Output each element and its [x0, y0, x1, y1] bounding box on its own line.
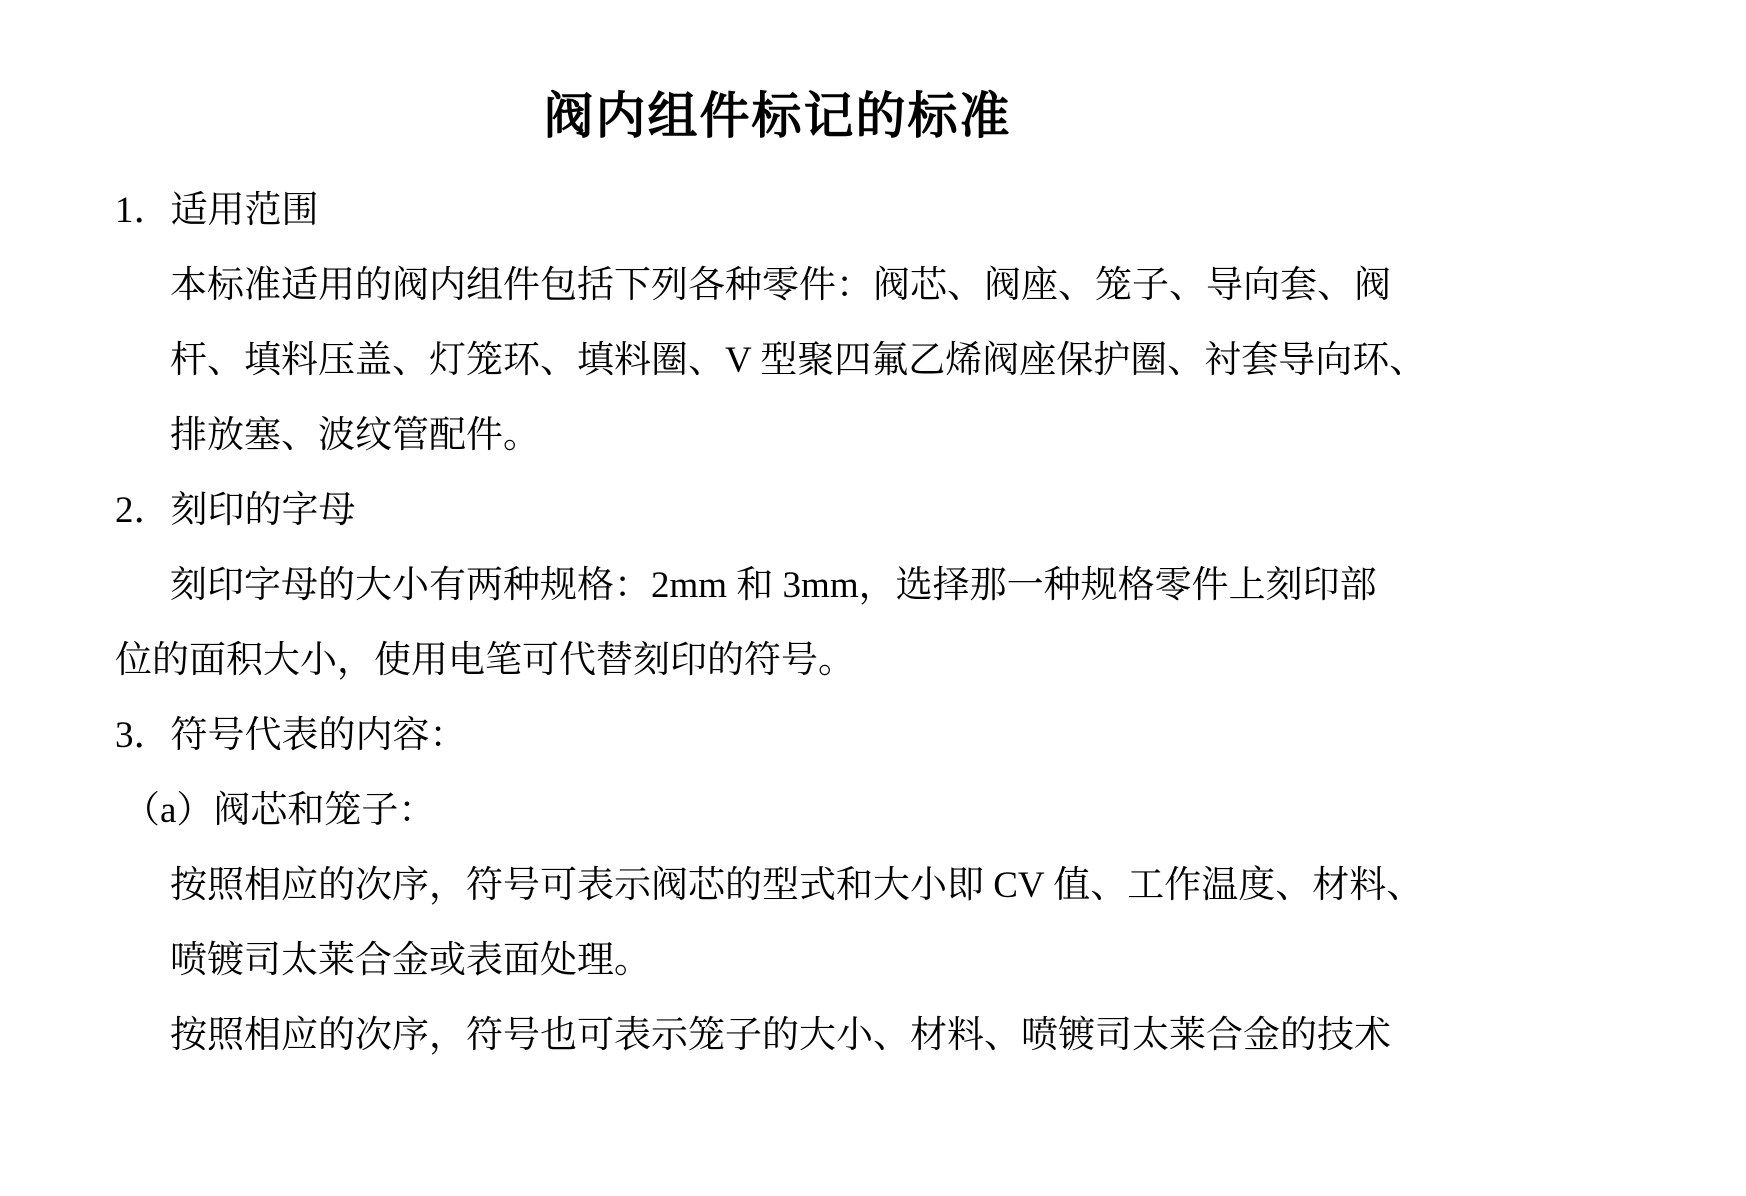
document-page: 阀内组件标记的标准 1．适用范围 本标准适用的阀内组件包括下列各种零件：阀芯、阀…: [0, 0, 1746, 1196]
section-3-paragraph-2-line: 按照相应的次序，符号也可表示笼子的大小、材料、喷镀司太莱合金的技术: [115, 998, 1440, 1073]
section-3-subheading: （a）阀芯和笼子：: [115, 773, 1440, 848]
section-1-paragraph-line: 本标准适用的阀内组件包括下列各种零件：阀芯、阀座、笼子、导向套、阀: [115, 248, 1440, 323]
section-2-heading: 2．刻印的字母: [115, 473, 1440, 548]
section-3-paragraph-1-line: 按照相应的次序，符号可表示阀芯的型式和大小即 CV 值、工作温度、材料、: [115, 848, 1440, 923]
document-title: 阀内组件标记的标准: [115, 80, 1440, 152]
document-content: 阀内组件标记的标准 1．适用范围 本标准适用的阀内组件包括下列各种零件：阀芯、阀…: [115, 0, 1440, 1073]
section-2-paragraph-line: 位的面积大小，使用电笔可代替刻印的符号。: [115, 623, 1440, 698]
section-3-paragraph-1-line: 喷镀司太莱合金或表面处理。: [115, 923, 1440, 998]
section-3-heading: 3．符号代表的内容：: [115, 698, 1440, 773]
section-1-heading: 1．适用范围: [115, 173, 1440, 248]
section-2-paragraph-line: 刻印字母的大小有两种规格：2mm 和 3mm，选择那一种规格零件上刻印部: [115, 548, 1440, 623]
section-1-paragraph-line: 排放塞、波纹管配件。: [115, 398, 1440, 473]
document-body: 1．适用范围 本标准适用的阀内组件包括下列各种零件：阀芯、阀座、笼子、导向套、阀…: [115, 173, 1440, 1073]
section-1-paragraph-line: 杆、填料压盖、灯笼环、填料圈、V 型聚四氟乙烯阀座保护圈、衬套导向环、: [115, 323, 1440, 398]
